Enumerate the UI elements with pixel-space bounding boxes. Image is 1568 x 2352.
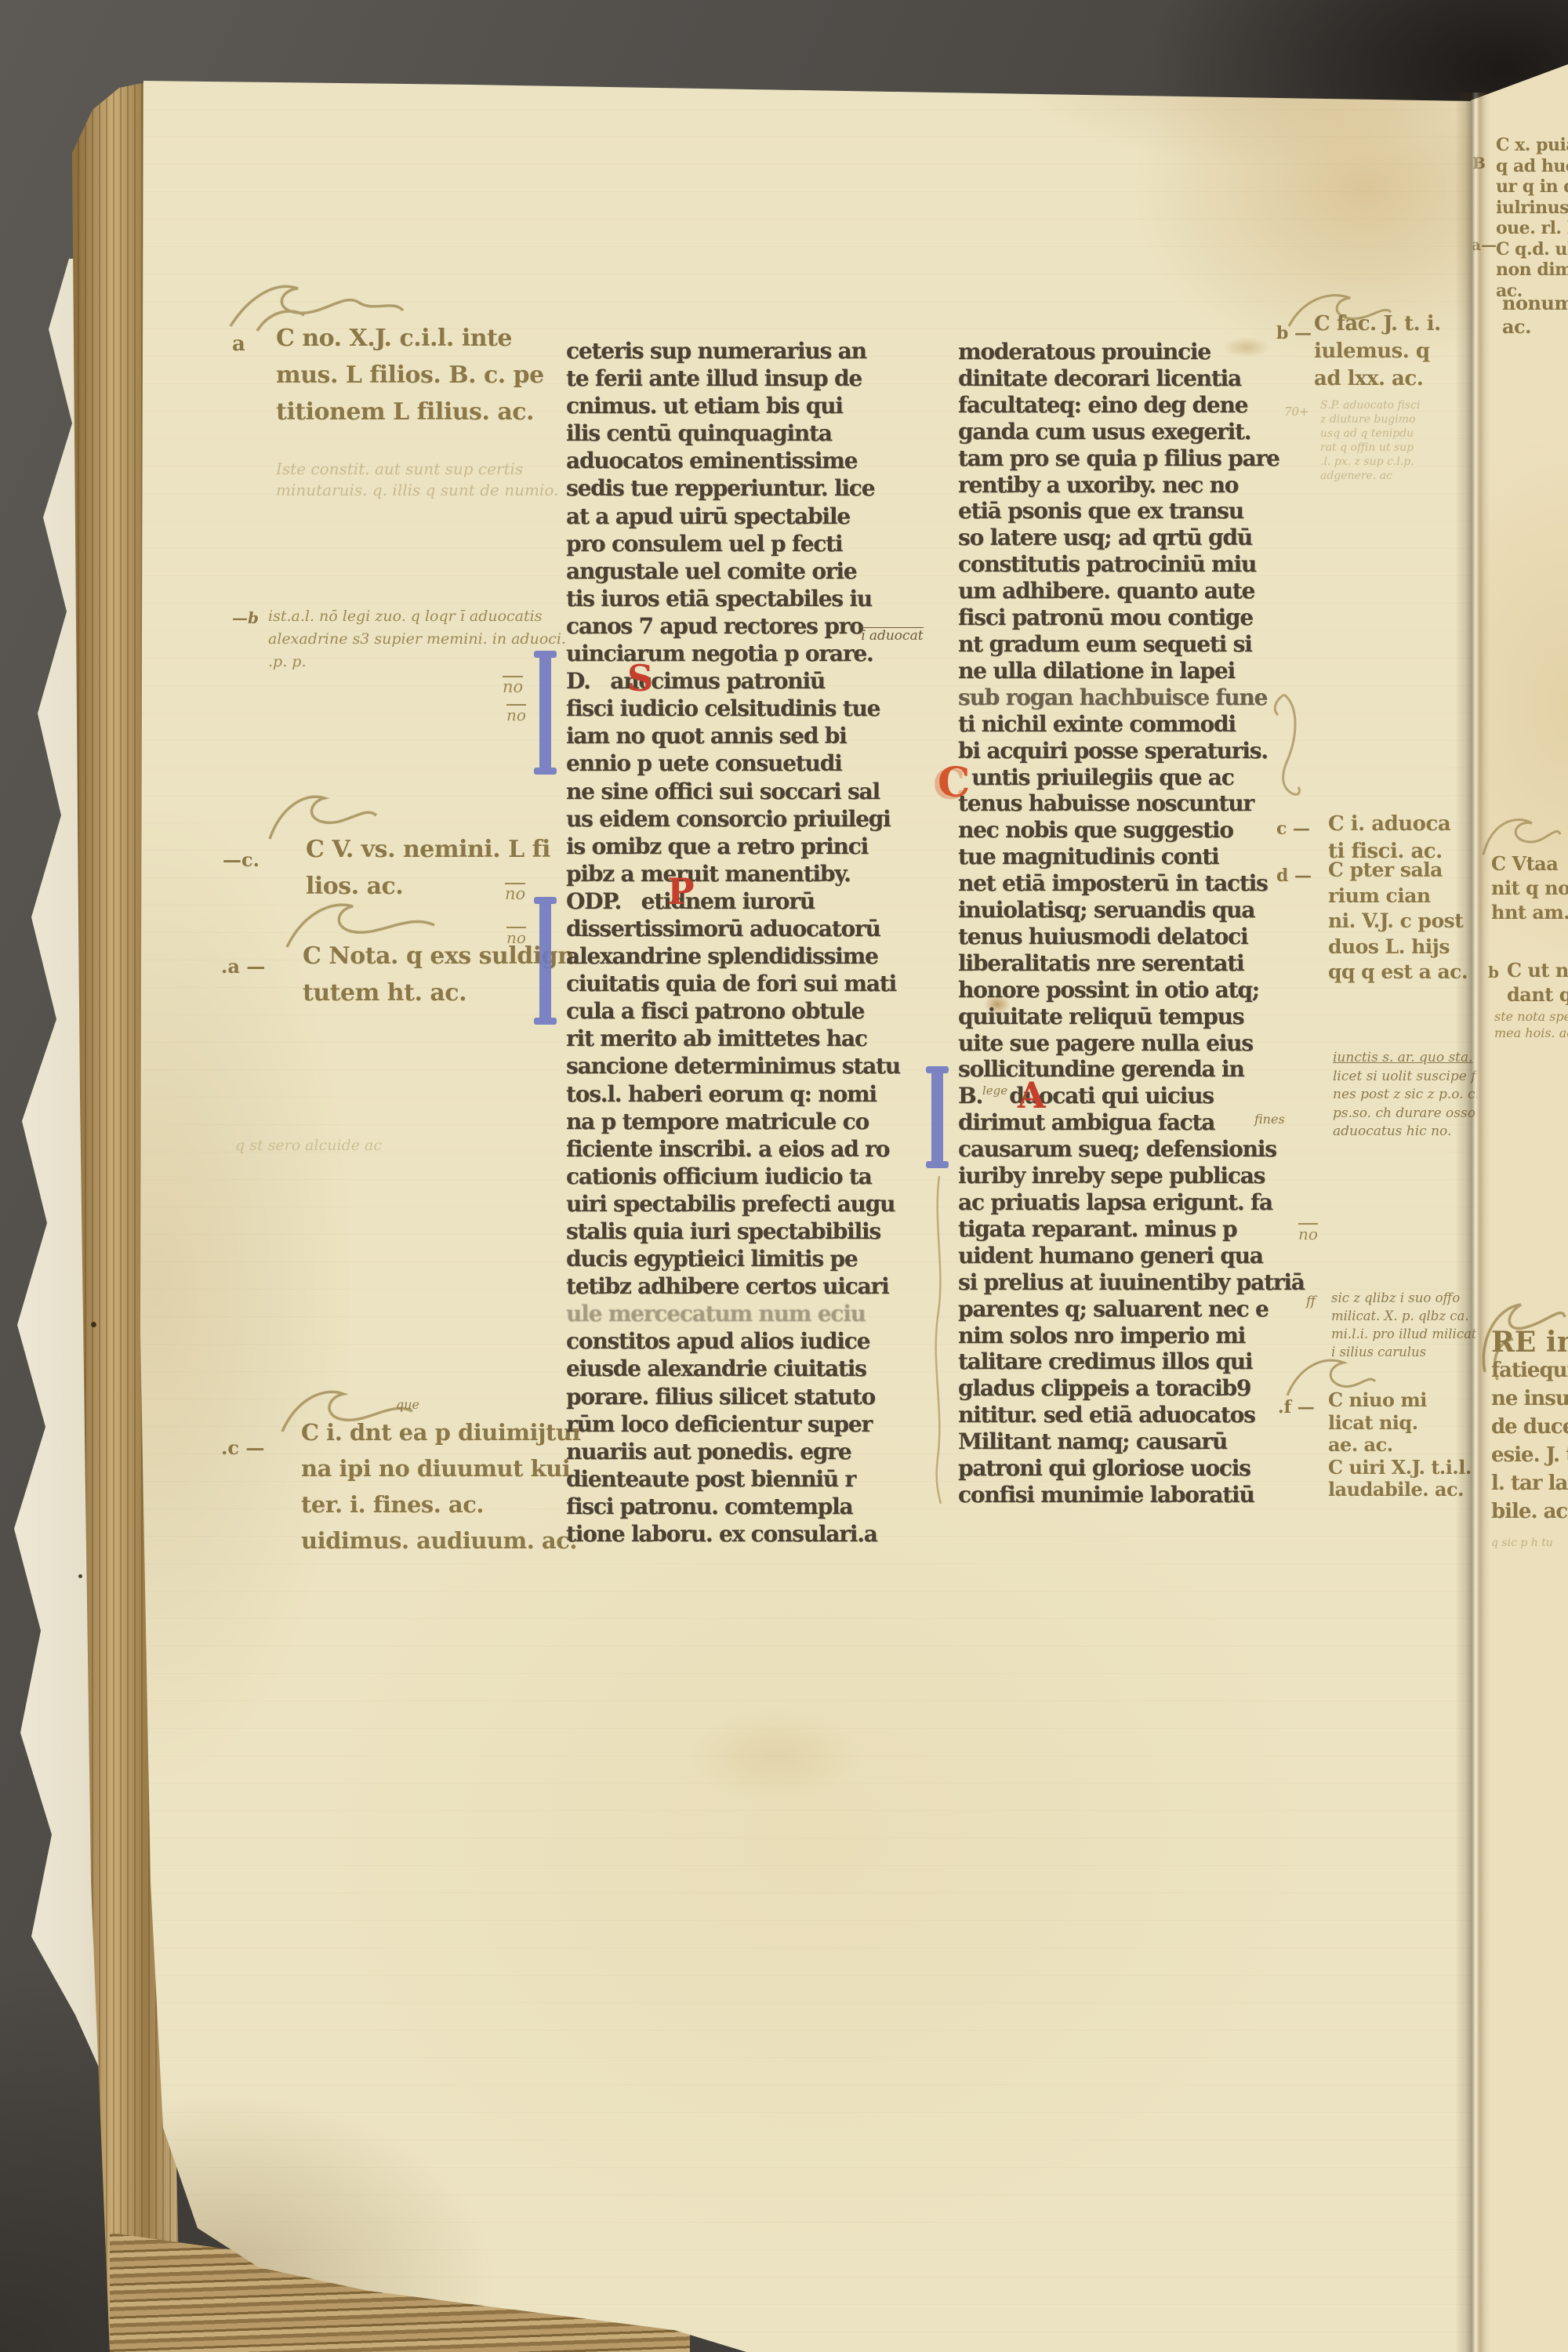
blue-initial-I bbox=[539, 900, 551, 1022]
gloss-fines: fines bbox=[1254, 1112, 1285, 1127]
margin-note-d: C Nota. q exs suldigntutem ht. ac. bbox=[303, 938, 574, 1011]
margin-gloss-faint: q st sero alcuide ac bbox=[235, 1137, 382, 1154]
red-initial-S: S bbox=[627, 657, 653, 699]
next-page-note-re: RE infatiequr uelne insuiutuede ducentur… bbox=[1491, 1328, 1568, 1526]
gloss-no: no bbox=[1298, 1223, 1318, 1243]
margin-note-b-label: —b bbox=[232, 608, 259, 627]
paraph-flourish bbox=[1258, 691, 1305, 801]
gloss-lege: lege bbox=[982, 1083, 1007, 1098]
margin-note-a-gloss: Iste constit. aut sunt sup certisminutar… bbox=[276, 459, 558, 501]
right-note-f-label: .f — bbox=[1278, 1397, 1315, 1417]
margin-note-b: ist.a.l. nō legi zuo. q loqr ī aduocatis… bbox=[268, 605, 566, 673]
next-page-note-top: C x. puiaq ad huc tur q in depiulrinus.o… bbox=[1496, 135, 1568, 301]
manuscript-photo: '/. nō q B C x. puiaq ad huc tur q in de… bbox=[0, 0, 1568, 2352]
manuscript-page: a C no. X.J. c.i.l. intemus. L filios. B… bbox=[0, 0, 1568, 2352]
gloss-no: no bbox=[503, 676, 523, 695]
margin-note-e-label: .c — bbox=[221, 1436, 264, 1459]
margin-note-c-label: —c. bbox=[223, 848, 260, 871]
right-note-d: C pter salarium cianni. V.J. c postduos … bbox=[1328, 858, 1468, 985]
next-page-note-label-b: b bbox=[1488, 963, 1499, 982]
ink-speck bbox=[78, 1574, 82, 1578]
next-page-note-mid2-gloss: ste nota spectmea hois. ac. bbox=[1494, 1008, 1568, 1041]
gloss-no: no bbox=[505, 883, 525, 902]
initial-tail-flourish bbox=[930, 1176, 949, 1505]
text-column-1: ceteris sup numerarius ante ferii ante i… bbox=[566, 337, 935, 1548]
ink-speck bbox=[91, 1322, 96, 1327]
right-note-faded-label: 70+ bbox=[1284, 405, 1309, 419]
right-note-c-label: c — bbox=[1276, 818, 1310, 839]
right-note-b: C fac. J. t. i.iulemus. qad lxx. ac. bbox=[1314, 310, 1441, 393]
next-page-note-second: nonumac. bbox=[1502, 292, 1568, 339]
next-page-note-mid2: C ut non pdant q hnt bbox=[1507, 958, 1568, 1007]
parchment-stain bbox=[690, 1709, 862, 1803]
gloss-no: no bbox=[506, 927, 526, 946]
right-note-f: C niuo milicat niq.ae. ac.C uiri X.J. t.… bbox=[1328, 1389, 1472, 1501]
red-initial-P: P bbox=[667, 870, 695, 913]
orange-initial-C: C bbox=[938, 759, 970, 807]
blue-initial-I bbox=[931, 1069, 943, 1165]
next-page-note-mid: C Vtaanit q nohnt am.a bbox=[1491, 851, 1568, 924]
right-note-d-label: d — bbox=[1276, 866, 1312, 886]
margin-note-d-label: .a — bbox=[221, 955, 265, 978]
margin-note-e: C i. dnt ea p diuimijturna ipi no diuumu… bbox=[301, 1414, 583, 1559]
blue-initial-I bbox=[539, 654, 551, 771]
fore-edge-crease bbox=[1455, 93, 1490, 2352]
red-initial-A: A bbox=[1018, 1074, 1046, 1116]
margin-note-e-superscript: que bbox=[396, 1397, 419, 1412]
next-page-bottom-gloss: q sic p h tu bbox=[1491, 1537, 1553, 1549]
right-note-b-label: b — bbox=[1276, 323, 1312, 343]
text-column-2: moderatous prouinciedinitate decorari li… bbox=[958, 339, 1319, 1508]
gloss-no: no bbox=[506, 704, 526, 724]
interlinear-gloss: ī aduocat bbox=[861, 627, 924, 644]
margin-note-a: C no. X.J. c.i.l. intemus. L filios. B. … bbox=[276, 320, 544, 430]
right-note-ff-label: ff bbox=[1306, 1294, 1316, 1309]
margin-note-a-label: a bbox=[232, 332, 245, 356]
right-note-faded: S.P. aduocato fisciz diuture bugimousq a… bbox=[1320, 398, 1420, 483]
